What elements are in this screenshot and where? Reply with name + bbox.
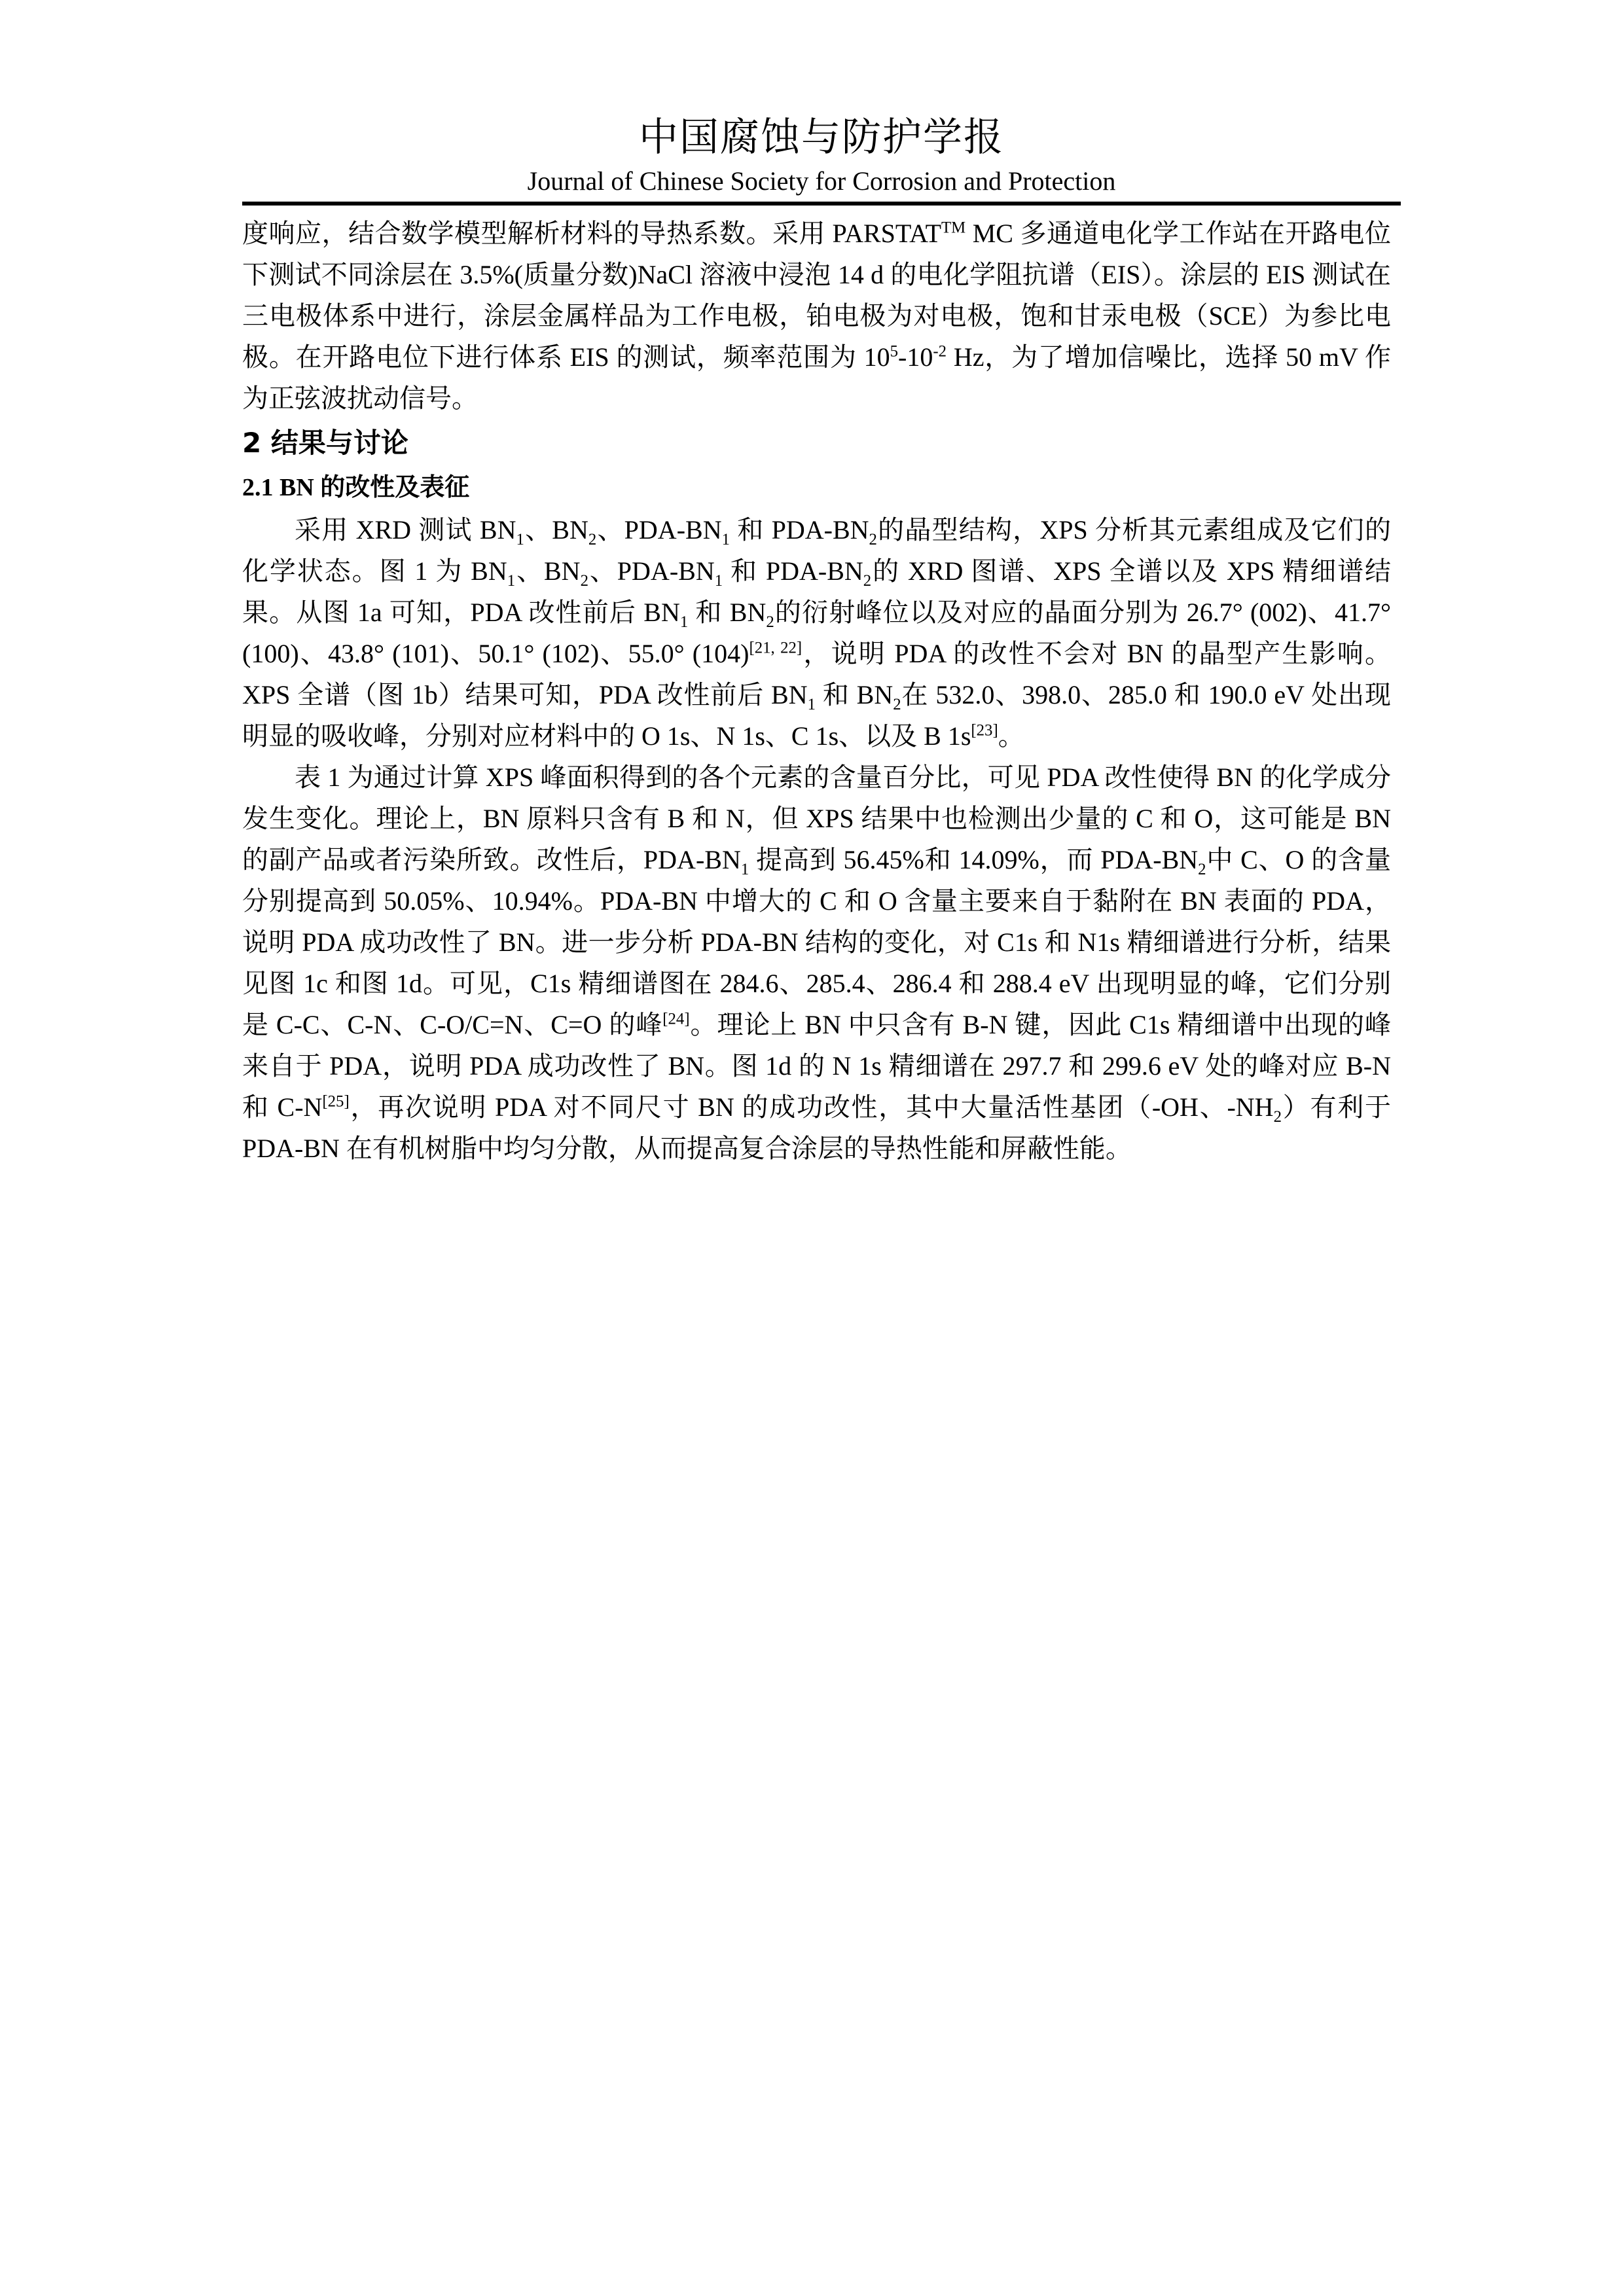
journal-title-cn: 中国腐蚀与防护学报 [242,111,1401,164]
subscript: 1 [516,531,524,548]
subscript: 2 [869,531,877,548]
subscript: 2 [581,572,588,590]
subscript: 1 [722,531,730,548]
superscript: 5 [890,343,898,361]
subscript: 2 [1274,1108,1282,1126]
superscript: TM [941,219,965,237]
subscript: 2 [1198,861,1206,878]
subsection-heading: 2.1 BN 的改性及表征 [242,466,1391,509]
paragraph-methods-continued: 度响应，结合数学模型解析材料的导热系数。采用 PARSTATTM MC 多通道电… [242,213,1391,419]
subscript: 1 [507,572,515,590]
subscript: 2 [766,613,774,631]
subscript: 1 [808,696,816,713]
subscript: 1 [680,613,688,631]
subscript: 2 [893,696,901,713]
running-header: 中国腐蚀与防护学报 Journal of Chinese Society for… [242,111,1401,198]
article-body: 度响应，结合数学模型解析材料的导热系数。采用 PARSTATTM MC 多通道电… [242,213,1391,1169]
superscript: [25] [322,1093,349,1111]
superscript: [23] [971,722,998,740]
superscript: [24] [662,1011,689,1028]
subscript: 1 [741,861,749,878]
superscript: [21, 22] [749,639,802,657]
journal-title-en: Journal of Chinese Society for Corrosion… [242,165,1401,198]
section-heading: 2 结果与讨论 [242,420,1391,466]
paragraph-element-content: 表 1 为通过计算 XPS 峰面积得到的各个元素的含量百分比，可见 PDA 改性… [242,757,1391,1169]
subscript: 2 [588,531,596,548]
superscript: -2 [933,343,947,361]
paragraph-xrd-xps: 采用 XRD 测试 BN1、BN2、PDA-BN1 和 PDA-BN2的晶型结构… [242,509,1391,757]
subscript: 1 [715,572,723,590]
header-rule [242,202,1401,206]
subscript: 2 [863,572,871,590]
